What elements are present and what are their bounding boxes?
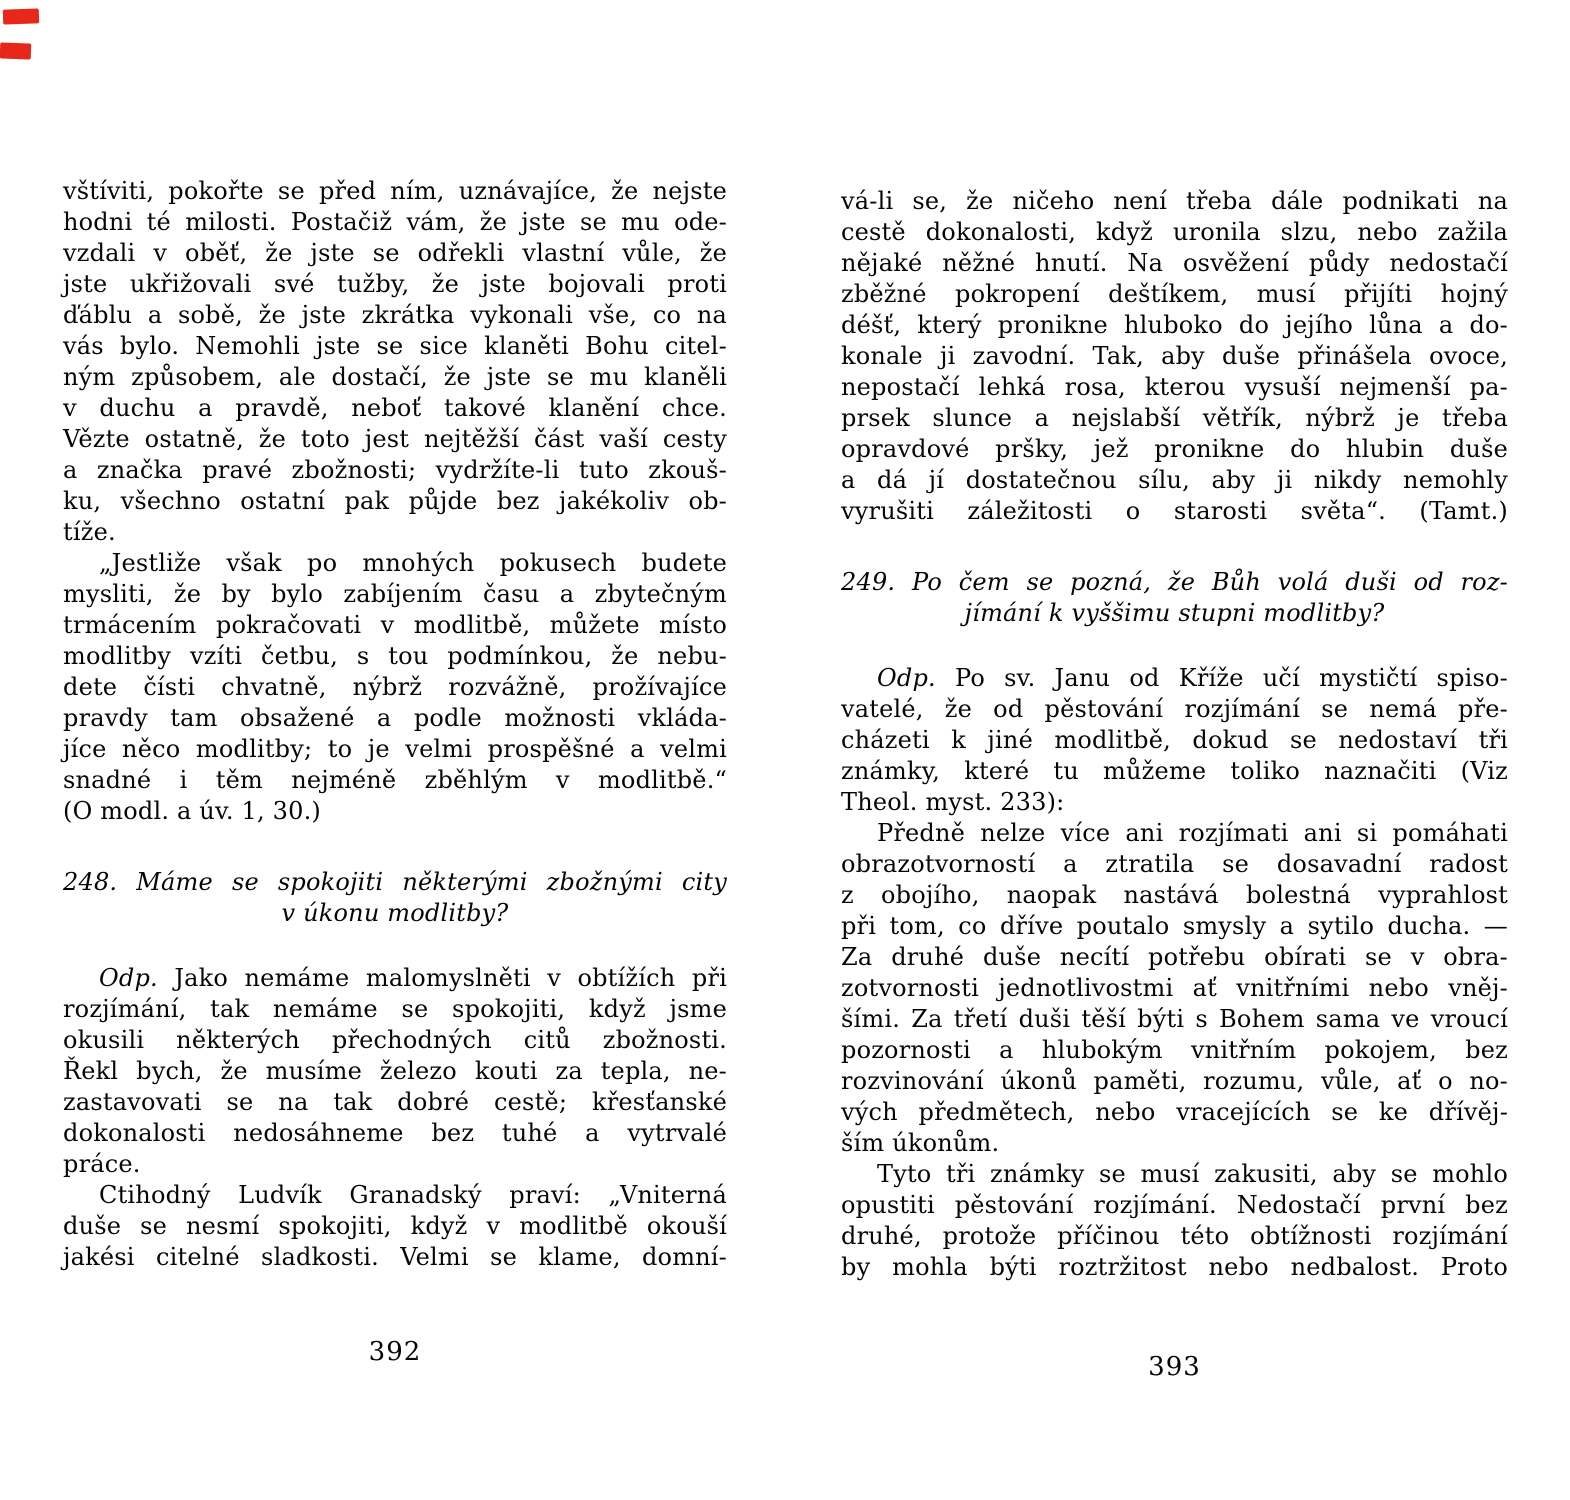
text-line: Ctihodný Ludvík Granadský praví: „Vniter… — [63, 1180, 727, 1211]
text-line: vyrušiti záležitosti o starosti světa“. … — [841, 496, 1508, 527]
text-line: dete čísti chvatně, nýbrž rozvážně, prož… — [63, 672, 727, 703]
paragraph: vá-li se, že ničeho není třeba dále podn… — [841, 186, 1508, 527]
text-line: ďáblu a sobě, že jste zkrátka vykonali v… — [63, 300, 727, 331]
text-line: nějaké něžné hnutí. Na osvěžení půdy ned… — [841, 248, 1508, 279]
paragraph: Předně nelze více ani rozjímati ani si p… — [841, 818, 1508, 1159]
text-line: ším úkonům. — [841, 1128, 1508, 1159]
text-line: při tom, co dříve poutalo smysly a sytil… — [841, 911, 1508, 942]
page-body: vštíviti, pokořte se před ním, uznávajíc… — [63, 176, 727, 1273]
text-line: 249. Po čem se pozná, že Bůh volá duši o… — [841, 567, 1508, 598]
text-line: jakési citelné sladkosti. Velmi se klame… — [63, 1242, 727, 1273]
text-line: jste ukřižovali své tužby, že jste bojov… — [63, 269, 727, 300]
section-heading: 249. Po čem se pozná, že Bůh volá duši o… — [841, 567, 1508, 629]
text-line: obrazotvorností a ztratila se dosavadní … — [841, 849, 1508, 880]
answer-lead: Odp. — [99, 964, 158, 992]
paragraph: Odp. Po sv. Janu od Kříže učí mystičtí s… — [841, 663, 1508, 818]
text-line: jíce něco modlitby; to je velmi prospěšn… — [63, 734, 727, 765]
text-line: Odp. Jako nemáme malomyslněti v obtížích… — [63, 963, 727, 994]
text-line: by mohla býti roztržitost nebo nedbalost… — [841, 1252, 1508, 1283]
page-body: vá-li se, že ničeho není třeba dále podn… — [841, 186, 1508, 1283]
text-line: nepostačí lehká rosa, kterou vysuší nejm… — [841, 372, 1508, 403]
paragraph: vštíviti, pokořte se před ním, uznávajíc… — [63, 176, 727, 548]
text-line: okusili některých přechodných citů zbožn… — [63, 1025, 727, 1056]
text-line: 248. Máme se spokojiti některými zbožným… — [63, 867, 727, 898]
text-line: duše se nesmí spokojiti, když v modlitbě… — [63, 1211, 727, 1242]
text-line: trmácením pokračovati v modlitbě, můžete… — [63, 610, 727, 641]
text-line: Předně nelze více ani rozjímati ani si p… — [841, 818, 1508, 849]
text-line: rozjímání, tak nemáme se spokojiti, když… — [63, 994, 727, 1025]
text-line: pozornosti a hlubokým vnitřním pokojem, … — [841, 1035, 1508, 1066]
text-line: Tyto tři známky se musí zakusiti, aby se… — [841, 1159, 1508, 1190]
paragraph: „Jestliže však po mnohých pokusech budet… — [63, 548, 727, 827]
paragraph: Odp. Jako nemáme malomyslněti v obtížích… — [63, 963, 727, 1180]
text-line: ku, všechno ostatní pak půjde bez jakéko… — [63, 486, 727, 517]
text-line: ným způsobem, ale dostačí, že jste se mu… — [63, 362, 727, 393]
book-page-right: vá-li se, že ničeho není třeba dále podn… — [841, 186, 1508, 1500]
text-line: vatelé, že od pěstování rozjímání se nem… — [841, 694, 1508, 725]
text-line: druhé, protože příčinou této obtížnosti … — [841, 1221, 1508, 1252]
text-line: známky, které tu můžeme toliko naznačiti… — [841, 756, 1508, 787]
text-line: práce. — [63, 1149, 727, 1180]
text-line: v úkonu modlitby? — [63, 898, 727, 929]
page-number: 393 — [841, 1352, 1508, 1382]
page-number: 392 — [63, 1337, 727, 1367]
text-line: rozvinování úkonů paměti, rozumu, vůle, … — [841, 1066, 1508, 1097]
text-line: „Jestliže však po mnohých pokusech budet… — [63, 548, 727, 579]
text-line: a dá jí dostatečnou sílu, aby ji nikdy n… — [841, 465, 1508, 496]
red-pen-mark — [3, 8, 40, 24]
text-line: dokonalosti nedosáhneme bez tuhé a vytrv… — [63, 1118, 727, 1149]
text-line: opravdové pršky, jež pronikne do hlubin … — [841, 434, 1508, 465]
text-line: v duchu a pravdě, neboť takové klanění c… — [63, 393, 727, 424]
text-line: vá-li se, že ničeho není třeba dále podn… — [841, 186, 1508, 217]
book-page-left: vštíviti, pokořte se před ním, uznávajíc… — [63, 176, 727, 1500]
text-line: zběžné pokropení deštíkem, musí přijíti … — [841, 279, 1508, 310]
paragraph: Ctihodný Ludvík Granadský praví: „Vniter… — [63, 1180, 727, 1273]
text-line: hodni té milosti. Postačiž vám, že jste … — [63, 207, 727, 238]
text-line: opustiti pěstování rozjímání. Nedostačí … — [841, 1190, 1508, 1221]
text-line: cházeti k jiné modlitbě, dokud se nedost… — [841, 725, 1508, 756]
text-line: pravdy tam obsažené a podle možnosti vkl… — [63, 703, 727, 734]
book-spread: vštíviti, pokořte se před ním, uznávajíc… — [0, 0, 1570, 1500]
answer-lead: Odp. — [877, 664, 936, 692]
text-line: Odp. Po sv. Janu od Kříže učí mystičtí s… — [841, 663, 1508, 694]
text-line: snadné i těm nejméně zběhlým v modlitbě.… — [63, 765, 727, 796]
text-line: cestě dokonalosti, když uronila slzu, ne… — [841, 217, 1508, 248]
text-line: vých předmětech, nebo vracejících se ke … — [841, 1097, 1508, 1128]
section-heading: 248. Máme se spokojiti některými zbožným… — [63, 867, 727, 929]
text-line: mysliti, že by bylo zabíjením času a zby… — [63, 579, 727, 610]
text-line: (O modl. a úv. 1, 30.) — [63, 796, 727, 827]
text-line: zastavovati se na tak dobré cestě; křesť… — [63, 1087, 727, 1118]
text-line: z obojího, naopak nastává bolestná vypra… — [841, 880, 1508, 911]
red-pen-mark — [0, 42, 31, 59]
text-line: zotvornosti jednotlivostmi ať vnitřními … — [841, 973, 1508, 1004]
paragraph: Tyto tři známky se musí zakusiti, aby se… — [841, 1159, 1508, 1283]
text-line: a značka pravé zbožnosti; vydržíte-li tu… — [63, 455, 727, 486]
text-line: modlitby vzíti četbu, s tou podmínkou, ž… — [63, 641, 727, 672]
text-line: jímání k vyššimu stupni modlitby? — [841, 598, 1508, 629]
text-line: Řekl bych, že musíme železo kouti za tep… — [63, 1056, 727, 1087]
text-line: vštíviti, pokořte se před ním, uznávajíc… — [63, 176, 727, 207]
text-line: vzdali v oběť, že jste se odřekli vlastn… — [63, 238, 727, 269]
text-line: Za druhé duše necítí potřebu obírati se … — [841, 942, 1508, 973]
text-line: vás bylo. Nemohli jste se sice klaněti B… — [63, 331, 727, 362]
text-line: Theol. myst. 233): — [841, 787, 1508, 818]
text-line: šími. Za třetí duši těší býti s Bohem sa… — [841, 1004, 1508, 1035]
text-line: Vězte ostatně, že toto jest nejtěžší čás… — [63, 424, 727, 455]
text-line: prsek slunce a nejslabší větřík, nýbrž j… — [841, 403, 1508, 434]
text-line: tíže. — [63, 517, 727, 548]
text-line: konale ji zavodní. Tak, aby duše přináše… — [841, 341, 1508, 372]
text-line: déšť, který pronikne hluboko do jejího l… — [841, 310, 1508, 341]
